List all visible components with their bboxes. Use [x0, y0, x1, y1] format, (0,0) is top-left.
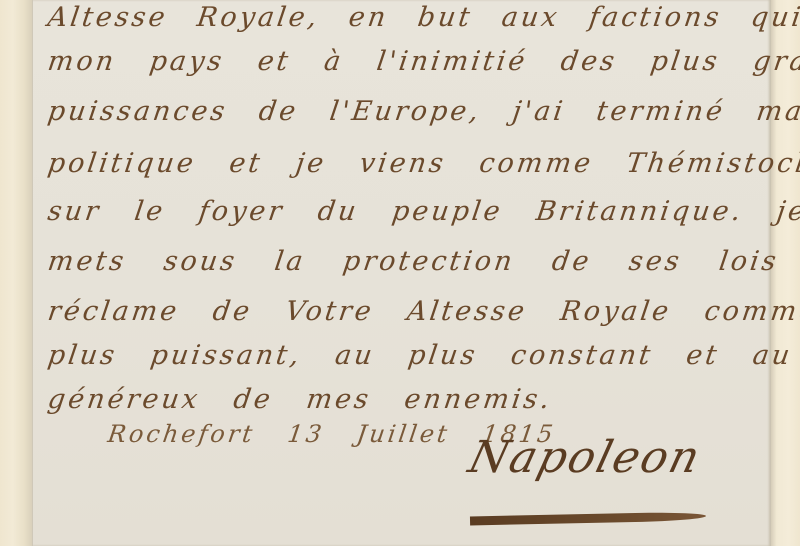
frame-mat-left: [0, 0, 32, 546]
letter-line-9: généreux de mes ennemis.: [46, 384, 554, 415]
letter-line-7: réclame de Votre Altesse Royale comme au: [46, 296, 800, 327]
letter-line-4: politique et je viens comme Thémistocle …: [46, 148, 800, 179]
letter-line-8: plus puissant, au plus constant et au pl…: [46, 340, 800, 371]
letter-line-5: sur le foyer du peuple Britannique. je m…: [46, 196, 800, 227]
letter-line-2: mon pays et à l'inimitié des plus grande…: [46, 46, 800, 77]
letter-line-6: mets sous la protection de ses lois que …: [46, 246, 800, 277]
signature: Napoleon: [464, 432, 707, 483]
letter-line-1: Altesse Royale, en but aux factions qui …: [46, 2, 800, 33]
letter-line-3: puissances de l'Europe, j'ai terminé ma …: [46, 96, 800, 127]
